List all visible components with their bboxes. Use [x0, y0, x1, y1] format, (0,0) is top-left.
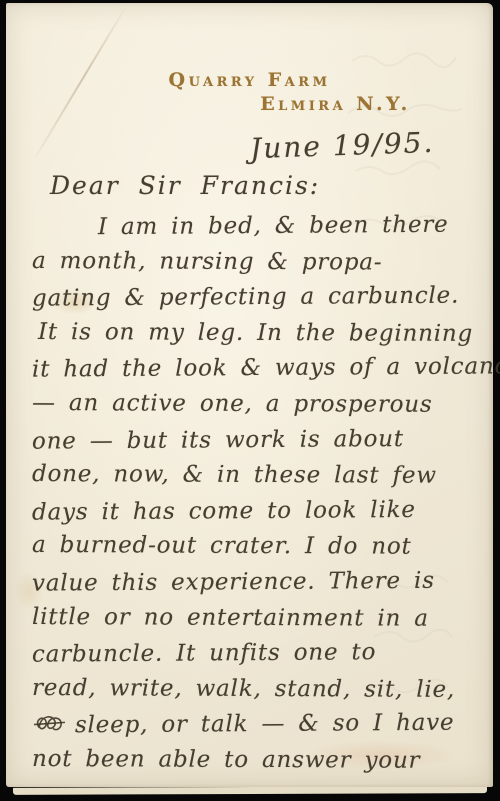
underlying-sheet-edge	[13, 786, 487, 795]
letter-page: Quarry Farm Elmira N.Y. June 19/95. Dear…	[6, 3, 493, 787]
letter-line: not been able to answer your	[32, 742, 494, 780]
letter-line: little or no entertainment in a	[32, 600, 494, 638]
letterhead-farm-name: Quarry Farm	[6, 69, 500, 91]
letter-line: a month, nursing & propa-	[32, 244, 494, 282]
photographed-letter: Quarry Farm Elmira N.Y. June 19/95. Dear…	[0, 0, 500, 801]
letter-line: one — but its work is about	[32, 421, 494, 460]
letterhead-location: Elmira N.Y.	[6, 93, 500, 115]
letter-line: read, write, walk, stand, sit, lie,	[32, 671, 494, 709]
salutation: Dear Sir Francis:	[50, 171, 320, 200]
letter-line: done, now, & in these last few	[32, 457, 494, 495]
letter-line: It is on my leg. In the beginning	[32, 315, 494, 353]
letter-line: I am in bed, & been there	[32, 207, 494, 246]
letter-body: I am in bed, & been there a month, nursi…	[32, 209, 494, 779]
letter-line: gating & perfecting a carbuncle.	[32, 279, 494, 318]
letter-line: it had the look & ways of a volcano	[32, 350, 494, 389]
scribbled-out-word	[32, 713, 68, 737]
date-line: June 19/95.	[249, 126, 434, 165]
letter-line: days it has come to look like	[32, 492, 494, 531]
letter-line: value this experience. There is	[32, 563, 494, 602]
letter-line: carbuncle. It unfits one to	[32, 635, 494, 674]
letter-line: sleep, or talk — & so I have	[32, 706, 494, 745]
letter-line-text: sleep, or talk — & so I have	[75, 710, 455, 739]
letter-line: — an active one, a prosperous	[32, 386, 494, 424]
letter-line: a burned-out crater. I do not	[32, 528, 494, 566]
